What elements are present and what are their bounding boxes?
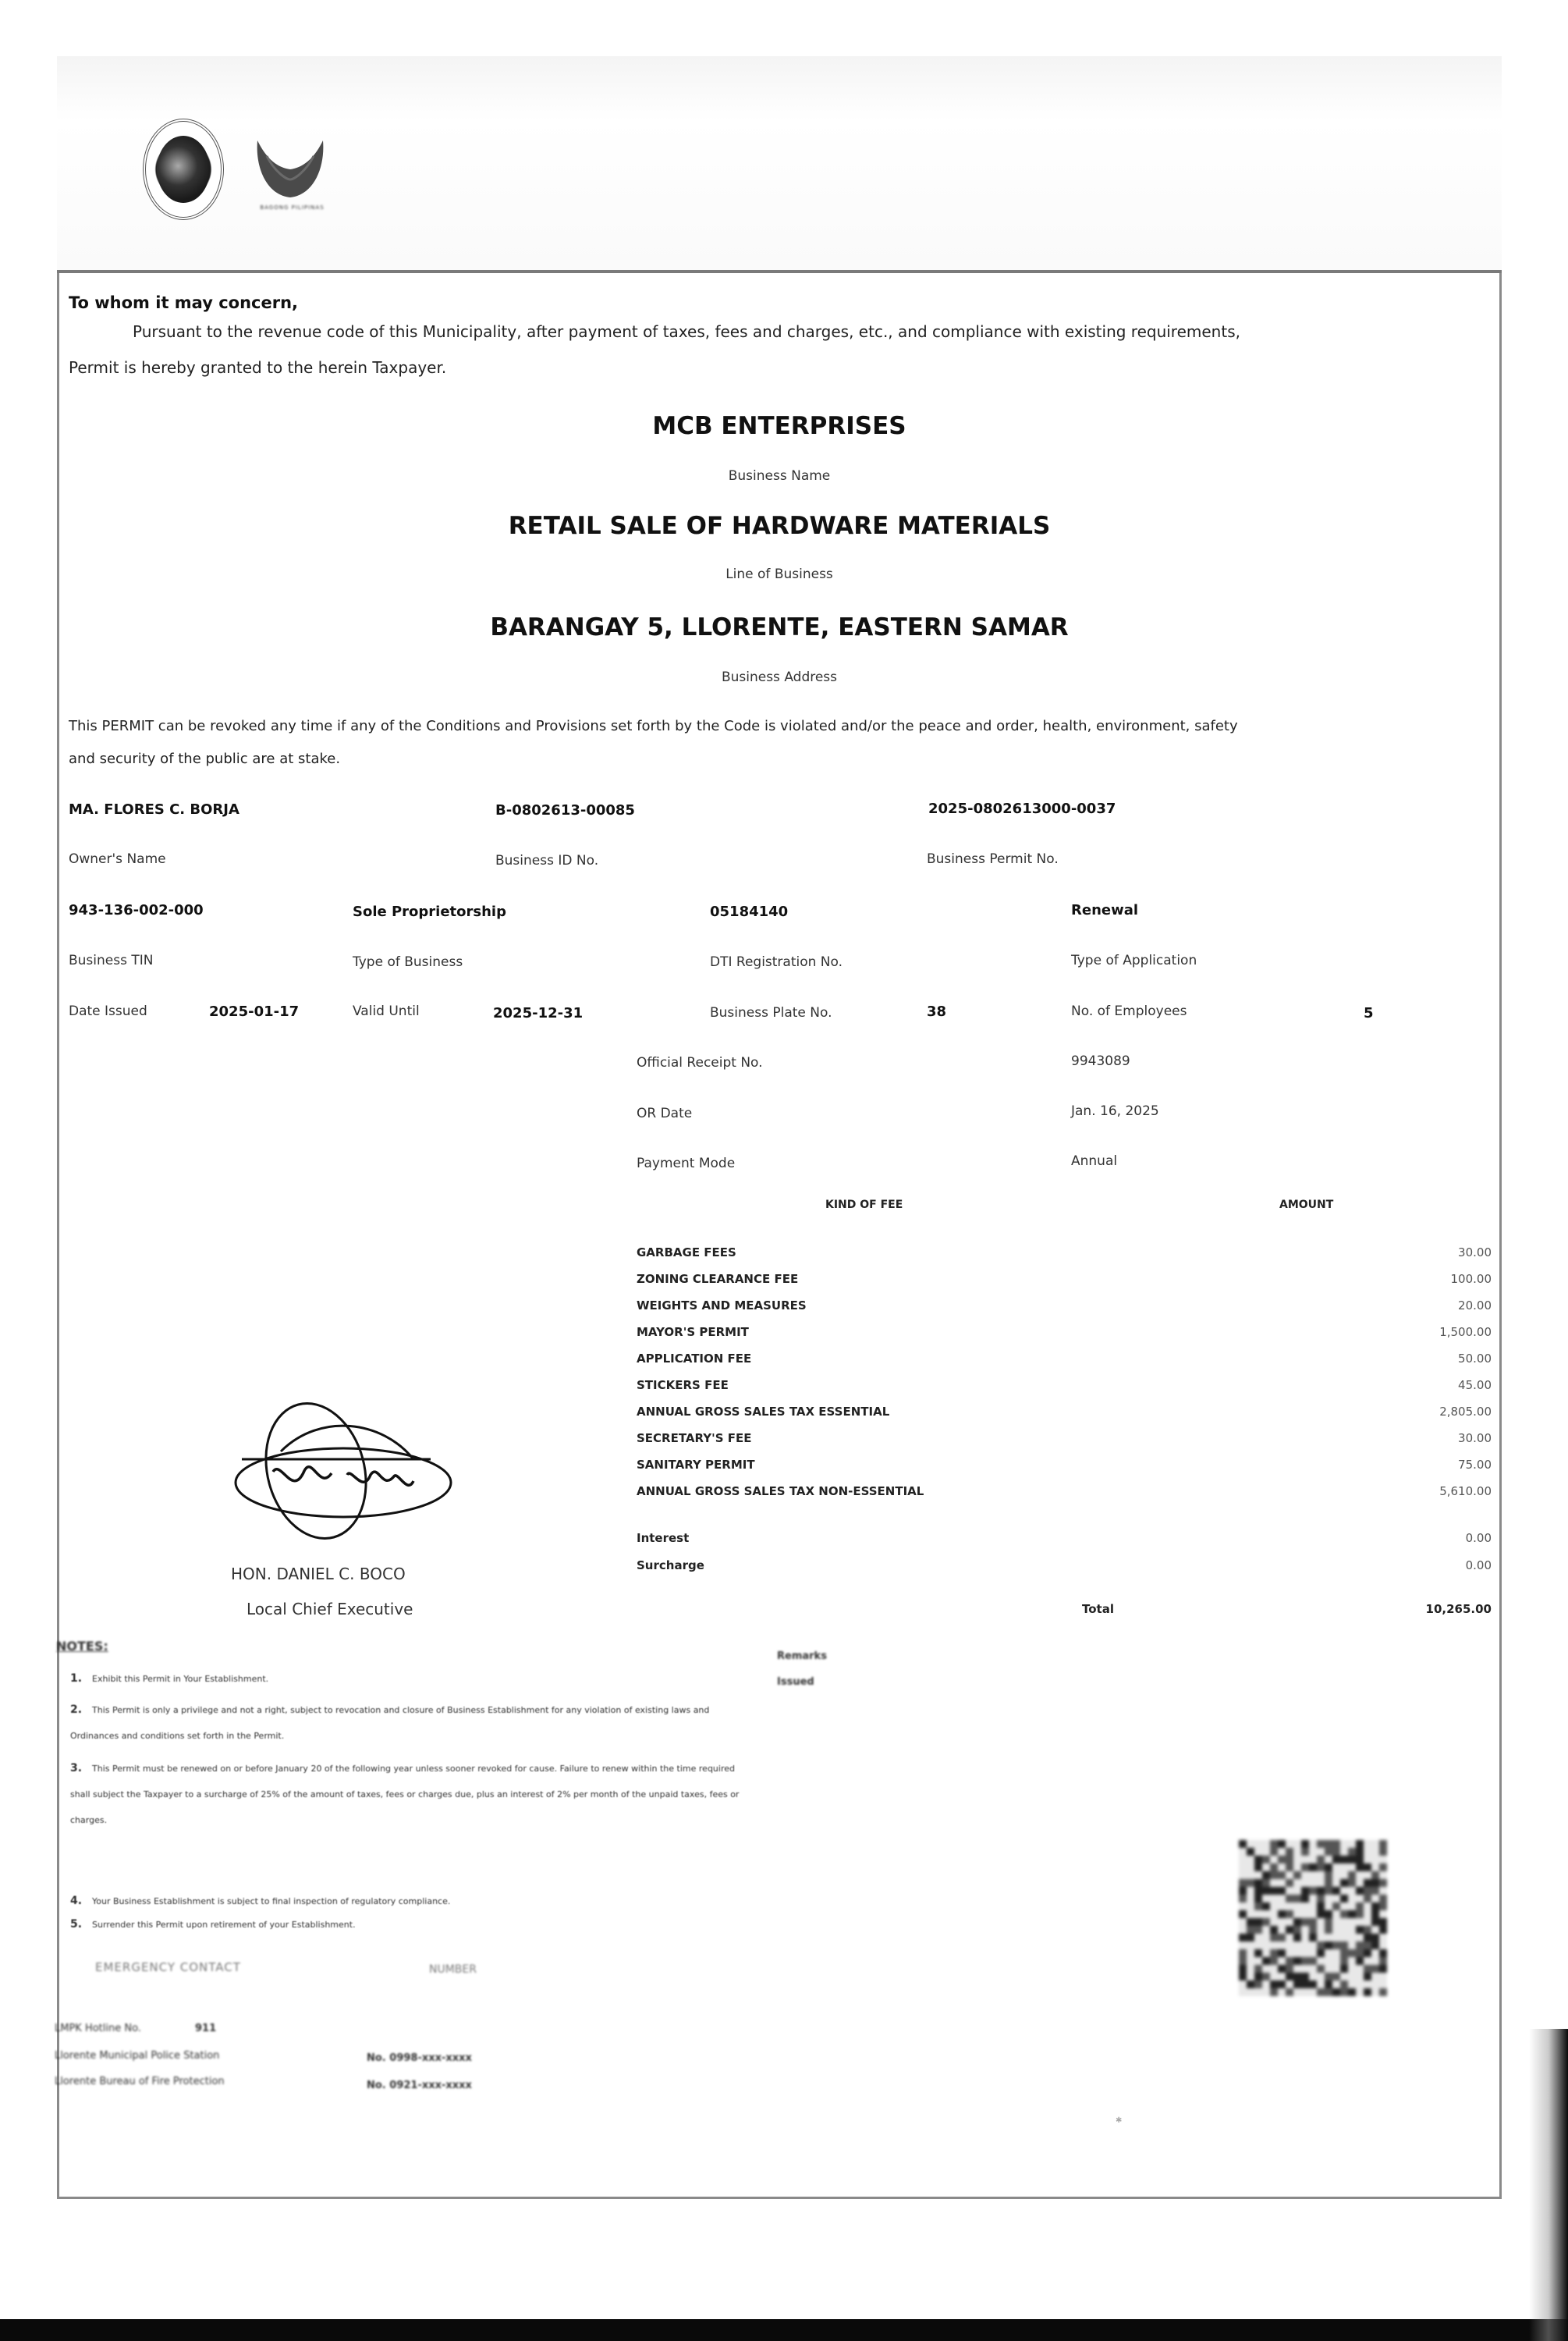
amount-header: AMOUNT <box>1279 1199 1333 1211</box>
business-name: MCB ENTERPRISES <box>57 412 1502 440</box>
fee-row-amount: 2,805.00 <box>1336 1405 1492 1419</box>
fee-row-name: SANITARY PERMIT <box>637 1458 755 1472</box>
fee-row-name: ANNUAL GROSS SALES TAX NON-ESSENTIAL <box>637 1484 924 1498</box>
bagong-pilipinas-logo-icon <box>251 137 329 199</box>
notes-title: NOTES: <box>56 1639 108 1654</box>
fee-row-name: APPLICATION FEE <box>637 1352 751 1366</box>
surcharge-value: 0.00 <box>1336 1558 1492 1572</box>
surcharge-label: Surcharge <box>637 1558 704 1572</box>
fee-row-name: WEIGHTS AND MEASURES <box>637 1298 807 1313</box>
business-id-value: B-0802613-00085 <box>495 802 635 819</box>
business-name-label: Business Name <box>57 468 1502 484</box>
signature-mark <box>226 1397 452 1553</box>
line-of-business: RETAIL SALE OF HARDWARE MATERIALS <box>57 512 1502 540</box>
official-receipt-value: 9943089 <box>1071 1053 1130 1069</box>
or-date-value: Jan. 16, 2025 <box>1071 1103 1159 1119</box>
interest-label: Interest <box>637 1531 689 1545</box>
fee-row-amount: 30.00 <box>1336 1245 1492 1259</box>
business-permit-no-value: 2025-0802613000-0037 <box>928 801 1116 817</box>
emergency-contact-number: No. 0998-xxx-xxxx <box>367 2052 472 2064</box>
intro-paragraph-line1: Pursuant to the revenue code of this Mun… <box>133 322 1240 341</box>
emergency-contact-name: Llorente Municipal Police Station <box>55 2050 219 2062</box>
emergency-contact-header: EMERGENCY CONTACT <box>95 1960 241 1974</box>
bagong-pilipinas-caption: BAGONG PILIPINAS <box>243 204 341 211</box>
business-tin-label: Business TIN <box>69 953 153 968</box>
business-address-label: Business Address <box>57 670 1502 685</box>
official-receipt-label: Official Receipt No. <box>637 1055 763 1071</box>
total-label: Total <box>1082 1602 1114 1616</box>
emergency-contact-number: No. 0921-xxx-xxxx <box>367 2080 472 2091</box>
salutation: To whom it may concern, <box>69 293 298 312</box>
revocation-clause-line1: This PERMIT can be revoked any time if a… <box>69 718 1238 734</box>
note-item: 5.Surrender this Permit upon retirement … <box>70 1912 757 1938</box>
municipal-seal-icon <box>143 119 224 220</box>
note-item: 4.Your Business Establishment is subject… <box>70 1888 757 1914</box>
signatory-title: Local Chief Executive <box>247 1600 413 1618</box>
fee-row-amount: 100.00 <box>1336 1272 1492 1286</box>
interest-value: 0.00 <box>1336 1531 1492 1545</box>
or-date-label: OR Date <box>637 1106 692 1121</box>
scan-artifact: ✱ <box>1116 2116 1122 2123</box>
dti-registration-label: DTI Registration No. <box>710 954 843 970</box>
type-of-application-value: Renewal <box>1071 902 1138 918</box>
remarks-value: Issued <box>777 1676 814 1688</box>
business-tin-value: 943-136-002-000 <box>69 902 204 918</box>
emergency-contact-name: Llorente Bureau of Fire Protection <box>55 2076 225 2087</box>
fee-row-name: ANNUAL GROSS SALES TAX ESSENTIAL <box>637 1405 889 1419</box>
fee-row-name: MAYOR'S PERMIT <box>637 1325 749 1339</box>
business-plate-no-label: Business Plate No. <box>710 1005 832 1021</box>
fee-row-amount: 5,610.00 <box>1336 1484 1492 1498</box>
owner-name-label: Owner's Name <box>69 851 166 867</box>
fee-row-name: SECRETARY'S FEE <box>637 1431 751 1445</box>
fee-row-name: GARBAGE FEES <box>637 1245 736 1259</box>
dti-registration-value: 05184140 <box>710 904 788 920</box>
business-id-label: Business ID No. <box>495 853 598 869</box>
fee-row-amount: 75.00 <box>1336 1458 1492 1472</box>
intro-paragraph-line2: Permit is hereby granted to the herein T… <box>69 358 446 377</box>
fee-row-amount: 30.00 <box>1336 1431 1492 1445</box>
emergency-contact-name: LMPK Hotline No. <box>55 2023 141 2034</box>
scan-edge <box>0 2319 1568 2341</box>
type-of-application-label: Type of Application <box>1071 953 1197 968</box>
payment-mode-label: Payment Mode <box>637 1156 735 1171</box>
emergency-contact-number: 911 <box>195 2023 216 2034</box>
type-of-business-label: Type of Business <box>353 954 463 970</box>
kind-of-fee-header: KIND OF FEE <box>825 1199 903 1211</box>
scan-shadow <box>1529 2029 1568 2341</box>
date-issued-value: 2025-01-17 <box>209 1004 299 1020</box>
fee-row-name: STICKERS FEE <box>637 1378 729 1392</box>
business-permit-no-label: Business Permit No. <box>927 851 1059 867</box>
fee-row-amount: 45.00 <box>1336 1378 1492 1392</box>
no-of-employees-value: 5 <box>1364 1005 1374 1021</box>
no-of-employees-label: No. of Employees <box>1071 1004 1187 1019</box>
remarks-label: Remarks <box>777 1650 827 1662</box>
note-item: 2.This Permit is only a privilege and no… <box>70 1697 757 1749</box>
valid-until-value: 2025-12-31 <box>493 1005 583 1021</box>
fee-row-amount: 20.00 <box>1336 1298 1492 1313</box>
note-item: 1.Exhibit this Permit in Your Establishm… <box>70 1666 757 1692</box>
line-of-business-label: Line of Business <box>57 567 1502 582</box>
date-issued-label: Date Issued <box>69 1004 147 1019</box>
payment-mode-value: Annual <box>1071 1153 1117 1169</box>
note-item: 3.This Permit must be renewed on or befo… <box>70 1756 757 1833</box>
revocation-clause-line2: and security of the public are at stake. <box>69 751 340 767</box>
fee-row-amount: 1,500.00 <box>1336 1325 1492 1339</box>
fee-row-name: ZONING CLEARANCE FEE <box>637 1272 798 1286</box>
type-of-business-value: Sole Proprietorship <box>353 904 506 920</box>
seal-emblem <box>157 136 210 203</box>
emergency-number-header: NUMBER <box>429 1963 477 1976</box>
owner-name-value: MA. FLORES C. BORJA <box>69 801 239 818</box>
business-address: BARANGAY 5, LLORENTE, EASTERN SAMAR <box>57 613 1502 641</box>
valid-until-label: Valid Until <box>353 1004 420 1019</box>
business-plate-no-value: 38 <box>927 1004 946 1020</box>
fee-row-amount: 50.00 <box>1336 1352 1492 1366</box>
total-value: 10,265.00 <box>1336 1602 1492 1616</box>
signatory-name: HON. DANIEL C. BOCO <box>231 1565 406 1583</box>
qr-code-icon[interactable] <box>1239 1840 1387 1996</box>
